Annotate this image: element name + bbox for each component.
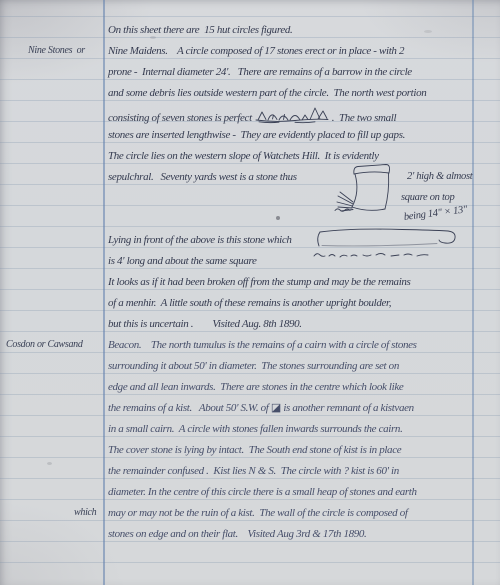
margin-note-nine-stones: Nine Stones or	[28, 41, 85, 61]
manuscript-line: stones on edge and on their flat. Visite…	[108, 524, 366, 544]
recumbent-stone-sketch	[312, 226, 462, 266]
line-text: consisting of seven stones is perfect	[108, 112, 252, 124]
manuscript-line: may or may not be the ruin of a kist. Th…	[108, 503, 408, 523]
manuscript-line: is 4' long and about the same square	[108, 251, 257, 271]
manuscript-line: Nine Maidens. A circle composed of 17 st…	[108, 41, 404, 61]
ink-speck	[276, 216, 280, 220]
stone-row-sketch	[255, 104, 329, 124]
manuscript-line: the remains of a kist. About 50' S.W. of…	[108, 398, 414, 418]
manuscript-line: Lying in front of the above is this ston…	[108, 230, 292, 250]
smudge	[47, 462, 52, 465]
manuscript-line: stones are inserted lengthwise - They ar…	[108, 125, 405, 145]
manuscript-line: On this sheet there are 15 hut circles f…	[108, 20, 292, 40]
manuscript-line: but this is uncertain . Visited Aug. 8th…	[108, 314, 302, 334]
manuscript-line: consisting of seven stones is perfect. T…	[108, 104, 396, 124]
smudge	[424, 30, 432, 33]
manuscript-line: sepulchral. Seventy yards west is a ston…	[108, 167, 297, 187]
manuscript-line: diameter. In the centre of this circle t…	[108, 482, 417, 502]
margin-note-cosdon: Cosdon or Cawsand	[6, 335, 83, 355]
manuscript-line: of a menhir. A little south of these rem…	[108, 293, 391, 313]
manuscript-line: edge and all lean inwards. There are sto…	[108, 377, 403, 397]
manuscript-page: Nine Stones or Cosdon or Cawsand which O…	[0, 0, 500, 585]
manuscript-line: Beacon. The north tumulus is the remains…	[108, 335, 417, 355]
manuscript-line: in a small cairn. A circle with stones f…	[108, 419, 403, 439]
stone-height-note: 2' high & almost	[407, 168, 472, 186]
left-margin-line	[103, 0, 105, 585]
manuscript-line: The cover stone is lying by intact. The …	[108, 440, 401, 460]
manuscript-line: prone - Internal diameter 24'. There are…	[108, 62, 412, 82]
manuscript-line: and some debris lies outside western par…	[108, 83, 426, 103]
manuscript-line: surrounding it about 50' in diameter. Th…	[108, 356, 399, 376]
right-margin-line	[472, 0, 474, 585]
smudge	[150, 36, 156, 39]
line-text: . The two small	[332, 112, 396, 124]
manuscript-line: the remainder confused . Kist lies N & S…	[108, 461, 399, 481]
manuscript-line: It looks as if it had been broken off fr…	[108, 272, 410, 292]
margin-note-which: which	[74, 503, 96, 523]
